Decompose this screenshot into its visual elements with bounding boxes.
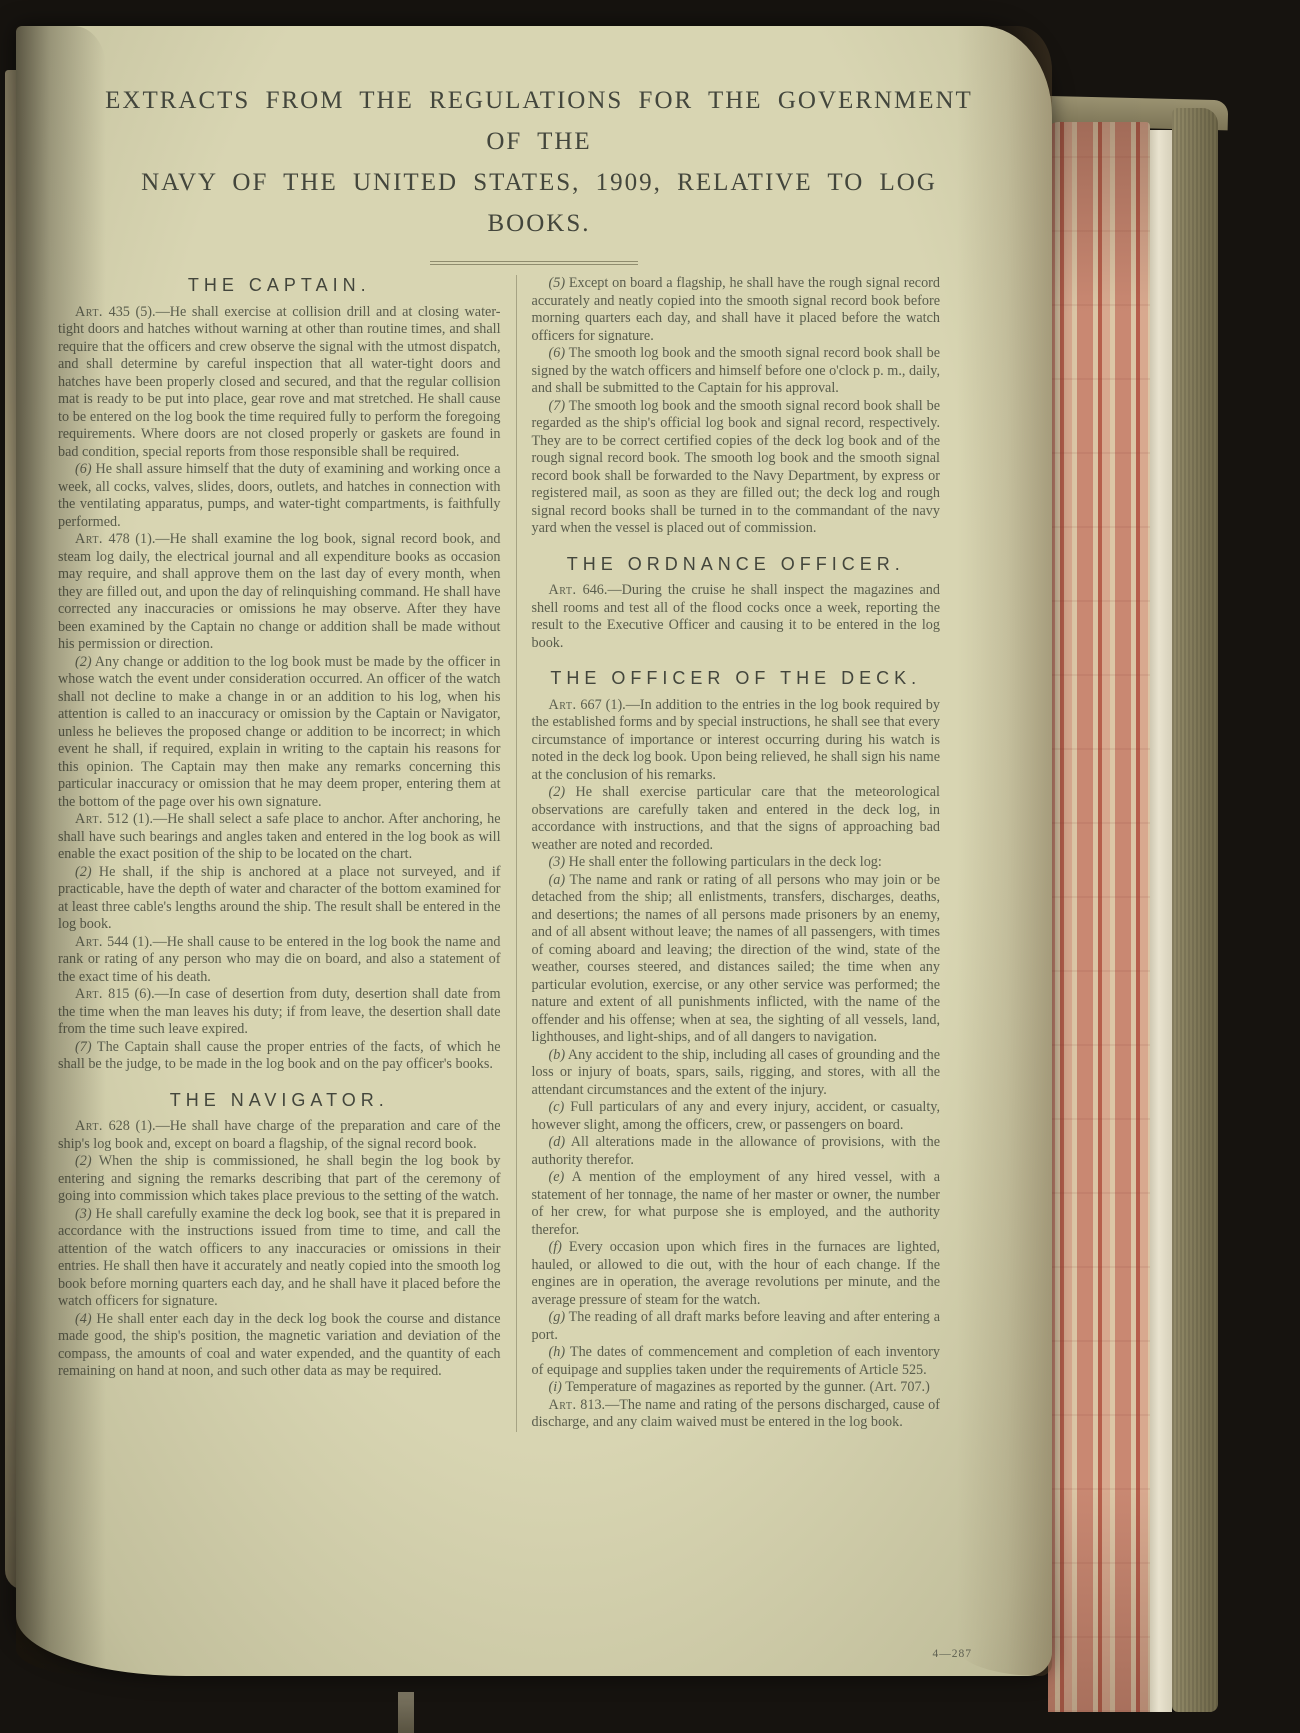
paragraph: Art. 646.—During the cruise he shall ins… — [532, 582, 940, 652]
page-title-line-2: NAVY OF THE UNITED STATES, 1909, RELATIV… — [86, 162, 992, 244]
paragraph: (i) Temperature of magazines as reported… — [532, 1379, 940, 1397]
paragraph: (2) He shall, if the ship is anchored at… — [58, 864, 501, 934]
book-fore-edge-white-pages — [1150, 130, 1172, 1712]
section-heading: THE ORDNANCE OFFICER. — [532, 556, 940, 574]
paragraph: (7) The Captain shall cause the proper e… — [58, 1039, 501, 1074]
two-column-text: THE CAPTAIN.Art. 435 (5).—He shall exerc… — [16, 269, 1052, 1432]
paragraph: (6) The smooth log book and the smooth s… — [532, 345, 940, 398]
left-column: THE CAPTAIN.Art. 435 (5).—He shall exerc… — [58, 275, 516, 1432]
section-heading: THE OFFICER OF THE DECK. — [532, 670, 940, 688]
paragraph: (2) He shall exercise particular care th… — [532, 784, 940, 854]
book-scan-photo: EXTRACTS FROM THE REGULATIONS FOR THE GO… — [0, 0, 1300, 1733]
paragraph: (e) A mention of the employment of any h… — [532, 1169, 940, 1239]
paragraph: (2) Any change or addition to the log bo… — [58, 654, 501, 812]
book-fore-edge-pages — [1048, 122, 1150, 1712]
paragraph: (7) The smooth log book and the smooth s… — [532, 398, 940, 538]
page-title: EXTRACTS FROM THE REGULATIONS FOR THE GO… — [16, 26, 1052, 244]
paragraph: Art. 435 (5).—He shall exercise at colli… — [58, 304, 501, 462]
page-number: 4—287 — [933, 1648, 973, 1660]
right-column: (5) Except on board a flagship, he shall… — [516, 275, 940, 1432]
section-heading: THE CAPTAIN. — [58, 277, 501, 295]
paragraph: Art. 815 (6).—In case of desertion from … — [58, 986, 501, 1039]
title-divider-rule — [430, 261, 638, 265]
under-page-edge — [398, 1692, 414, 1733]
paragraph: (3) He shall carefully examine the deck … — [58, 1206, 501, 1311]
paragraph: Art. 667 (1).—In addition to the entries… — [532, 697, 940, 785]
page-title-line-1: EXTRACTS FROM THE REGULATIONS FOR THE GO… — [86, 80, 992, 162]
paragraph: Art. 478 (1).—He shall examine the log b… — [58, 531, 501, 654]
paragraph: (6) He shall assure himself that the dut… — [58, 461, 501, 531]
paragraph: (2) When the ship is commissioned, he sh… — [58, 1153, 501, 1206]
paragraph: Art. 544 (1).—He shall cause to be enter… — [58, 934, 501, 987]
paragraph: (h) The dates of commencement and comple… — [532, 1344, 940, 1379]
paragraph: (a) The name and rank or rating of all p… — [532, 872, 940, 1047]
paragraph: (d) All alterations made in the allowanc… — [532, 1134, 940, 1169]
paragraph: Art. 813.—The name and rating of the per… — [532, 1397, 940, 1432]
paragraph: (b) Any accident to the ship, including … — [532, 1047, 940, 1100]
paragraph: (5) Except on board a flagship, he shall… — [532, 275, 940, 345]
paragraph: Art. 512 (1).—He shall select a safe pla… — [58, 811, 501, 864]
paragraph: (4) He shall enter each day in the deck … — [58, 1311, 501, 1381]
page: EXTRACTS FROM THE REGULATIONS FOR THE GO… — [16, 26, 1052, 1676]
book-cover-side — [1172, 108, 1218, 1712]
paragraph: Art. 628 (1).—He shall have charge of th… — [58, 1118, 501, 1153]
paragraph: (f) Every occasion upon which fires in t… — [532, 1239, 940, 1309]
paragraph: (g) The reading of all draft marks befor… — [532, 1309, 940, 1344]
section-heading: THE NAVIGATOR. — [58, 1092, 501, 1110]
paragraph: (c) Full particulars of any and every in… — [532, 1099, 940, 1134]
paragraph: (3) He shall enter the following particu… — [532, 854, 940, 872]
